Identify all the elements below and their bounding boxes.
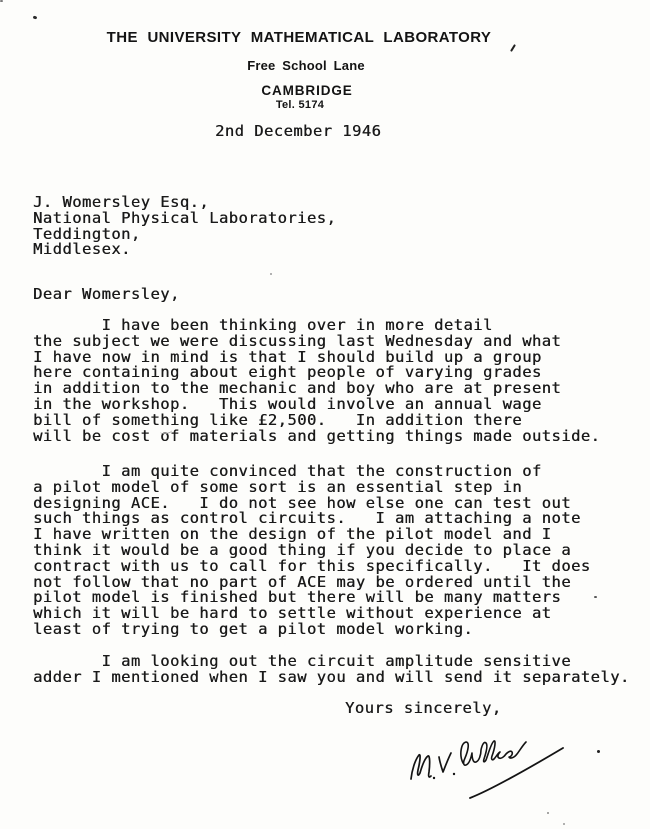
scan-period-dot: [597, 750, 600, 753]
signature-initial-v-stroke: [439, 753, 451, 772]
signature-handwriting: [393, 733, 573, 808]
scan-speck: [594, 596, 597, 598]
scan-speck: [270, 273, 272, 275]
recipient-address: J. Womersley Esq., National Physical Lab…: [33, 195, 336, 258]
scan-tick-mark: [510, 44, 516, 52]
signature-period-dot-2: [453, 773, 455, 775]
signature-period-dot: [433, 777, 435, 779]
letterhead-telephone: Tel. 5174: [276, 99, 324, 111]
date-line: 2nd December 1946: [215, 124, 381, 140]
body-paragraph-3: I am looking out the circuit amplitude s…: [33, 654, 630, 686]
scan-speck: [563, 823, 565, 825]
scan-speck: [0, 0, 3, 2]
signature-initials-stroke: [411, 755, 431, 779]
scanned-letter-page: THE UNIVERSITY MATHEMATICAL LABORATORY F…: [0, 0, 650, 829]
salutation: Dear Womersley,: [33, 287, 180, 303]
signature-surname-stroke: [461, 741, 526, 765]
letterhead-organization: THE UNIVERSITY MATHEMATICAL LABORATORY: [107, 29, 492, 46]
valediction: Yours sincerely,: [345, 701, 502, 717]
body-paragraph-2: I am quite convinced that the constructi…: [33, 464, 591, 638]
body-paragraph-1: I have been thinking over in more detail…: [33, 318, 600, 444]
letterhead-street: Free School Lane: [247, 58, 365, 73]
letterhead-city: CAMBRIDGE: [261, 83, 352, 98]
scan-speck: [547, 812, 549, 814]
scan-speck: [33, 15, 38, 19]
